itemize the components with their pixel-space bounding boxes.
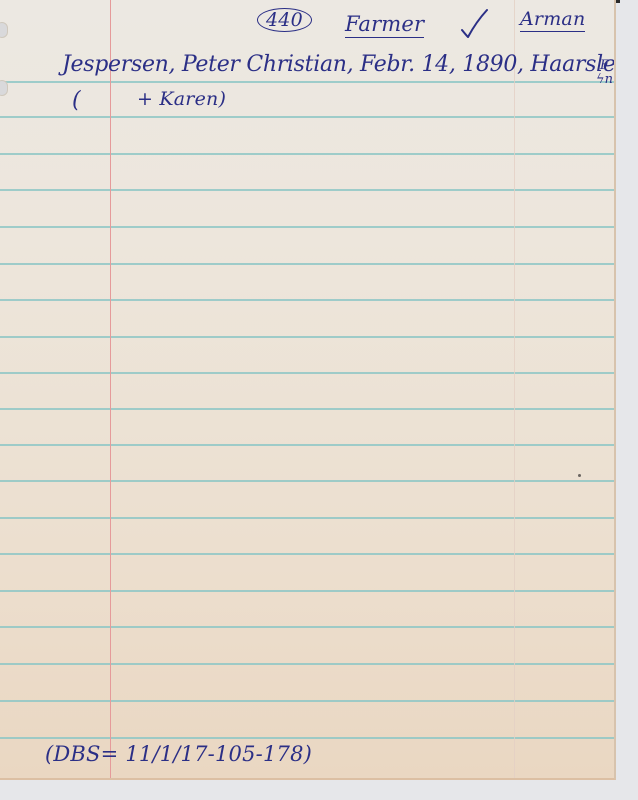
- rule-line: [0, 153, 614, 155]
- rule-line: [0, 116, 614, 118]
- rule-line: [0, 700, 614, 702]
- record-number: 440: [257, 8, 312, 32]
- faint-margin-line: [514, 0, 515, 778]
- entry-suffix: ϟn: [596, 72, 613, 87]
- rule-line: [0, 263, 614, 265]
- occupation-text: Farmer: [345, 12, 424, 38]
- surname-tag: Arman: [520, 8, 585, 30]
- rule-line: [0, 553, 614, 555]
- rule-line: [0, 737, 614, 739]
- footer-reference: (DBS= 11/1/17-105-178): [45, 742, 312, 766]
- rule-line: [0, 590, 614, 592]
- surname-tag-text: Arman: [520, 8, 585, 32]
- notebook-page: 440 Farmer Arman Jespersen, Peter Christ…: [0, 0, 616, 780]
- entry-superscript: F: [600, 58, 609, 73]
- rule-line: [0, 372, 614, 374]
- entry-line-1: Jespersen, Peter Christian, Febr. 14, 18…: [62, 52, 616, 77]
- rule-line: [0, 663, 614, 665]
- binder-hole: [0, 22, 8, 38]
- check-mark-icon: [460, 8, 488, 38]
- rule-line: [0, 517, 614, 519]
- rule-line: [0, 336, 614, 338]
- rule-line: [0, 408, 614, 410]
- rule-line: [0, 626, 614, 628]
- binder-hole: [0, 80, 8, 96]
- rule-line: [0, 480, 614, 482]
- rule-line: [0, 444, 614, 446]
- paper-speck: [578, 474, 581, 477]
- rule-line: [0, 189, 614, 191]
- entry-open-paren: (: [72, 88, 81, 113]
- rule-line: [0, 226, 614, 228]
- rule-line: [0, 299, 614, 301]
- occupation: Farmer: [345, 12, 424, 36]
- entry-line-2: + Karen): [137, 88, 226, 110]
- red-margin-line: [110, 0, 111, 778]
- rule-line: [0, 81, 614, 83]
